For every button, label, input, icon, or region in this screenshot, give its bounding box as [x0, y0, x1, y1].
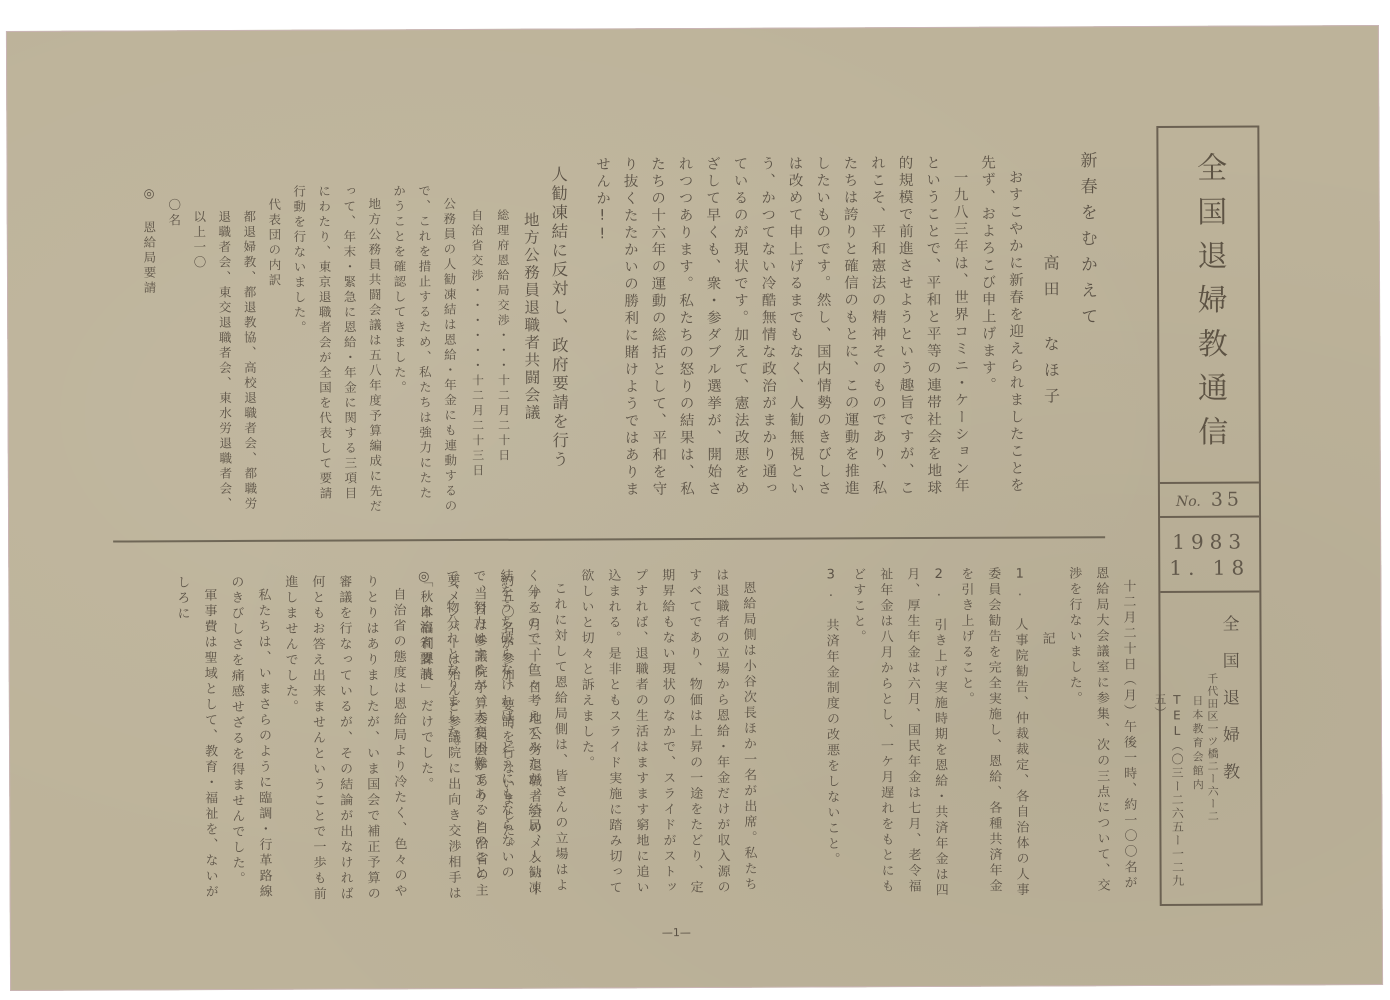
intro-paragraph: 十二月二十日（月）午後一時、約一〇〇名が恩給局大会議室に参集、次の三点について、…: [1060, 566, 1142, 906]
lower-paragraph: 当日は参議院予算委員会があり、自治省の主要メンバーは殆んど参議院に出向き交渉相手…: [411, 574, 493, 909]
demand-text: 引き上げ実施時期を恩給・共済年金は四月、厚生年金は六月、国民年金は七月、老令福祉…: [850, 567, 947, 899]
article1-paragraph: 一九八三年は、世界コミニ・ケーション年ということで、平和と平等の連帯社会を地球的…: [587, 155, 974, 507]
demand-item-1: 1. 人事院勧告、仲裁裁定、各自治体の人事委員会勧告を完全実施し、恩給、各種共済…: [952, 567, 1034, 907]
schedule-item: 自治省交渉・・・・・・十二月二十三日: [464, 209, 491, 509]
article2-paragraph: 地方公務員共闘会議は五八年度予算編成に先だって、年末・緊急に恩給・年金に関する三…: [287, 184, 388, 514]
schedule-item: 総理府恩給局交渉・・・十二月二十日: [490, 209, 517, 509]
issue-value: 35: [1211, 489, 1243, 511]
delegation-count: 〇名: [162, 185, 188, 515]
article1-paragraph: おすこやかに新春を迎えられましたことを先ず、およろこび申上げます。: [972, 155, 1029, 505]
demand-item-2: 2. 引き上げ実施時期を恩給・共済年金は四月、厚生年金は六月、国民年金は七月、老…: [844, 567, 953, 907]
newsletter-title: 全国退婦教通信: [1158, 128, 1259, 484]
article1-title: 新春をむかえて: [1074, 151, 1100, 333]
demand-number: 2.: [931, 567, 946, 602]
article2-body: 公務員の人勧凍結は恩給・年金にも連動するので、これを措止するため、私たちは強力に…: [137, 184, 463, 515]
issue-day: 1. 18: [1160, 555, 1259, 581]
issue-label: No.: [1176, 494, 1201, 510]
article2-schedule: 総理府恩給局交渉・・・十二月二十日 自治省交渉・・・・・・十二月二十三日: [464, 209, 517, 509]
lower-body-right: 十二月二十日（月）午後一時、約一〇〇名が恩給局大会議室に参集、次の三点について、…: [817, 566, 1142, 907]
article2-title: 人勧凍結に反対し、政府要請を行う: [546, 166, 571, 470]
publisher-building: 日本教育会館内: [1189, 695, 1205, 793]
demand-text: 共済年金制度の改悪をしないこと。: [823, 618, 839, 868]
article1-author: 高田 なほ子: [1039, 254, 1063, 413]
issue-date: 1983 1. 18: [1160, 518, 1259, 593]
delegation-list: 都退婦教、都退教協、高校退職者会、都職労退職者会、東交退職者会、東水労退職者会、…: [187, 185, 263, 515]
publisher-tel: TEL（〇三ー二六五ー一二九五）: [1152, 693, 1187, 904]
lower-paragraph: 十二月二十三日、地公労退職者会のメンバー約五〇名が参加、要請を行ないました。: [492, 574, 547, 909]
article1-body: おすこやかに新春を迎えられましたことを先ず、およろこび申上げます。 一九八三年は…: [587, 155, 1029, 507]
demand-text: 人事院勧告、仲裁裁定、各自治体の人事委員会勧告を完全実施し、恩給、各種共済年金を…: [958, 567, 1028, 899]
newsletter-page: 全国退婦教通信 No.35 1983 1. 18 全国退婦教 千代田区一ツ橋二ー…: [6, 25, 1383, 991]
page-number: —1—: [662, 926, 691, 939]
article2-paragraph: 公務員の人勧凍結は恩給・年金にも連動するので、これを措止するため、私たちは強力に…: [387, 184, 463, 514]
issue-number: No.35: [1160, 484, 1259, 518]
publisher-address: 千代田区一ツ橋二ー六ー二: [1204, 673, 1221, 823]
masthead: 全国退婦教通信 No.35 1983 1. 18 全国退婦教 千代田区一ツ橋二ー…: [1156, 126, 1262, 906]
delegation-label: 代表団の内訳: [262, 185, 288, 515]
article2-subtitle: 地方公務員退職者共闘会議: [520, 212, 543, 422]
lower-paragraph: 私たちは、いまさらのように臨調・行革路線のきびしさを痛感せざるを得ませんでした。: [222, 575, 277, 910]
demand-number: 1.: [1012, 567, 1027, 602]
issue-year: 1983: [1160, 529, 1259, 555]
lower-body-left: 十二月二十三日、地公労退職者会のメンバー約五〇名が参加、要請を行ないました。 当…: [168, 574, 547, 911]
demand-item-3: 3. 共済年金制度の改悪をしないこと。: [817, 567, 845, 907]
ki-label: 記: [1033, 566, 1061, 906]
lower-paragraph: 恩給局側は小谷次長ほか一名が出席。私たちは退職者の立場から恩給・年金だけが収入源…: [572, 568, 762, 909]
publisher-block: 全国退婦教 千代田区一ツ橋二ー六ー二 日本教育会館内 TEL（〇三ー二六五ー一二…: [1160, 593, 1260, 904]
demand-number: 3.: [823, 567, 838, 602]
section-heading-onkyu: ◎ 恩給局要請: [137, 185, 163, 515]
lower-paragraph: 軍事費は聖域として、教育・福祉を、ないがしろに: [168, 575, 223, 910]
lower-paragraph: 自治省の態度は恩給局より冷たく、色々のやりとりはありましたが、いま国会で補正予算…: [276, 574, 412, 910]
publisher-name: 全国退婦教: [1216, 615, 1242, 800]
section-divider: [113, 536, 1105, 542]
